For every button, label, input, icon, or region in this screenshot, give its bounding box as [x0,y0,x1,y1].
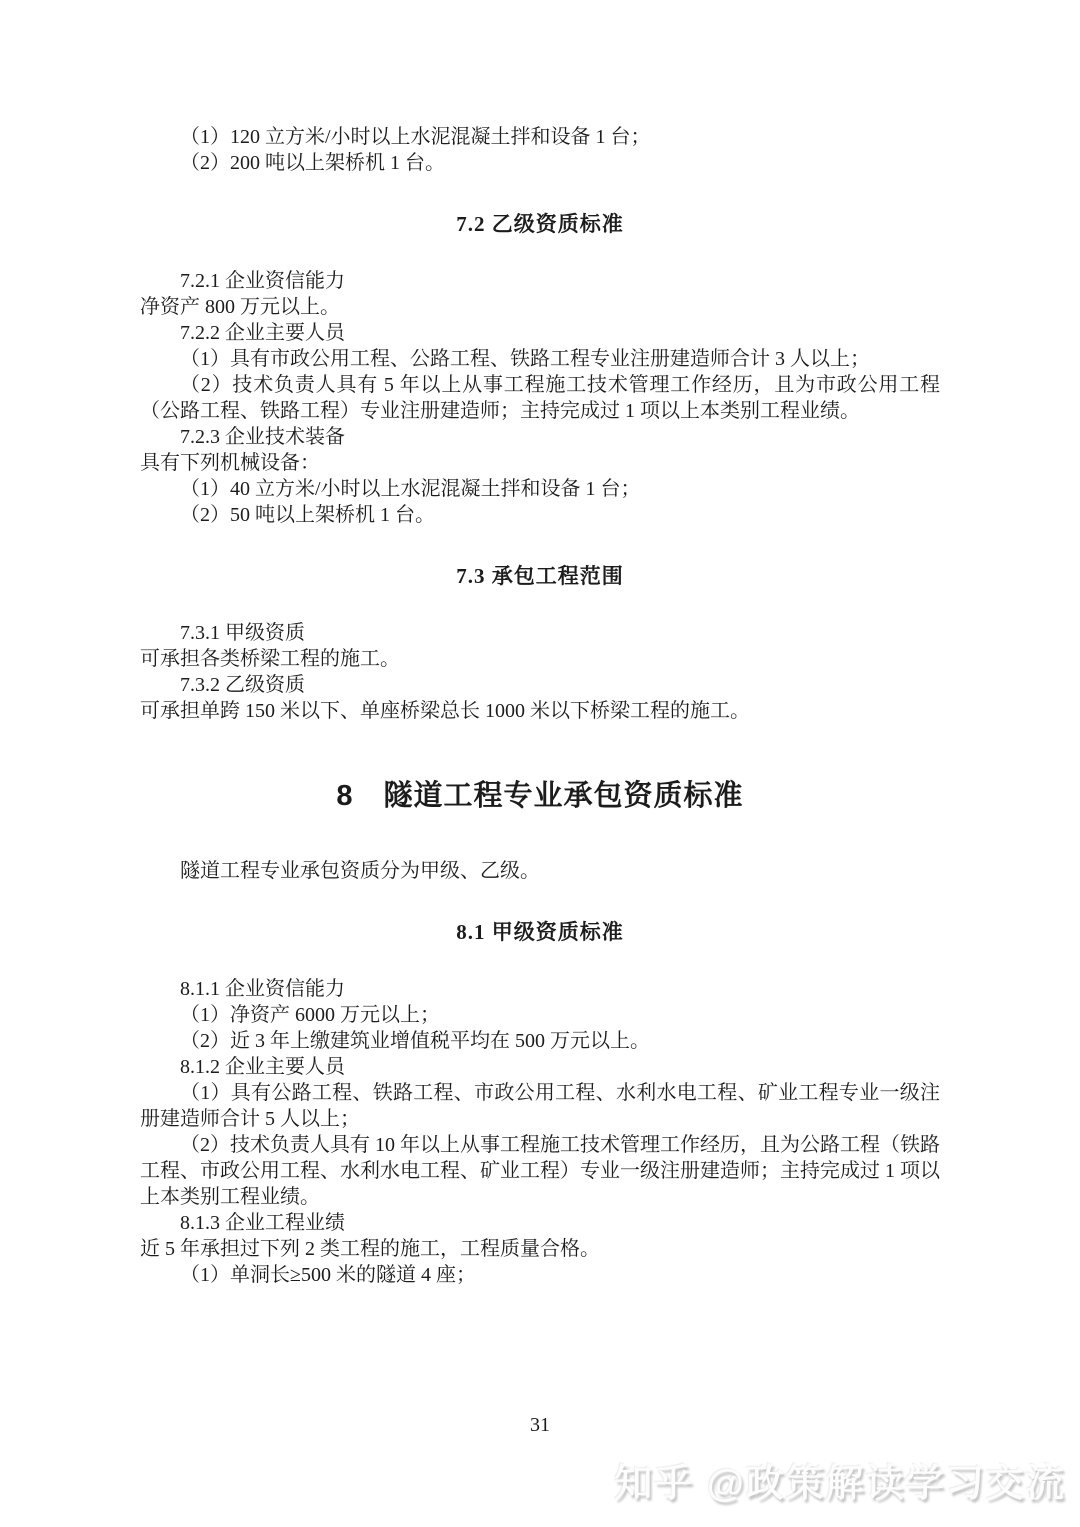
paragraph: 7.2.1 企业资信能力 [140,268,940,294]
section-heading-7-2: 7.2 乙级资质标准 [140,210,940,238]
paragraph: （1）净资产 6000 万元以上； [140,1002,940,1028]
paragraph: 8.1.3 企业工程业绩 [140,1210,940,1236]
paragraph: （2）近 3 年上缴建筑业增值税平均在 500 万元以上。 [140,1028,940,1054]
paragraph: （1）120 立方米/小时以上水泥混凝土拌和设备 1 台； [140,124,940,150]
paragraph: （1）具有市政公用工程、公路工程、铁路工程专业注册建造师合计 3 人以上； [140,346,940,372]
paragraph: 7.3.1 甲级资质 [140,620,940,646]
watermark: 知乎 @政策解读学习交流 [614,1452,1066,1507]
paragraph: 可承担单跨 150 米以下、单座桥梁总长 1000 米以下桥梁工程的施工。 [140,698,940,724]
paragraph: 8.1.1 企业资信能力 [140,976,940,1002]
document-page: （1）120 立方米/小时以上水泥混凝土拌和设备 1 台； （2）200 吨以上… [140,124,940,1288]
chapter-heading-8: 8 隧道工程专业承包资质标准 [140,776,940,816]
paragraph: 8.1.2 企业主要人员 [140,1054,940,1080]
paragraph: （1）具有公路工程、铁路工程、市政公用工程、水利水电工程、矿业工程专业一级注册建… [140,1080,940,1132]
paragraph: 近 5 年承担过下列 2 类工程的施工，工程质量合格。 [140,1236,940,1262]
page-number: 31 [0,1412,1080,1438]
paragraph: （2）50 吨以上架桥机 1 台。 [140,502,940,528]
paragraph: 隧道工程专业承包资质分为甲级、乙级。 [140,858,940,884]
paragraph: 7.3.2 乙级资质 [140,672,940,698]
paragraph: （1）单洞长≥500 米的隧道 4 座； [140,1262,940,1288]
paragraph: 净资产 800 万元以上。 [140,294,940,320]
paragraph: 可承担各类桥梁工程的施工。 [140,646,940,672]
paragraph: （2）200 吨以上架桥机 1 台。 [140,150,940,176]
paragraph: 7.2.3 企业技术装备 [140,424,940,450]
paragraph: 具有下列机械设备： [140,450,940,476]
section-heading-8-1: 8.1 甲级资质标准 [140,918,940,946]
paragraph: 7.2.2 企业主要人员 [140,320,940,346]
paragraph: （2）技术负责人具有 10 年以上从事工程施工技术管理工作经历，且为公路工程（铁… [140,1132,940,1210]
section-heading-7-3: 7.3 承包工程范围 [140,562,940,590]
paragraph: （2）技术负责人具有 5 年以上从事工程施工技术管理工作经历，且为市政公用工程（… [140,372,940,424]
paragraph: （1）40 立方米/小时以上水泥混凝土拌和设备 1 台； [140,476,940,502]
